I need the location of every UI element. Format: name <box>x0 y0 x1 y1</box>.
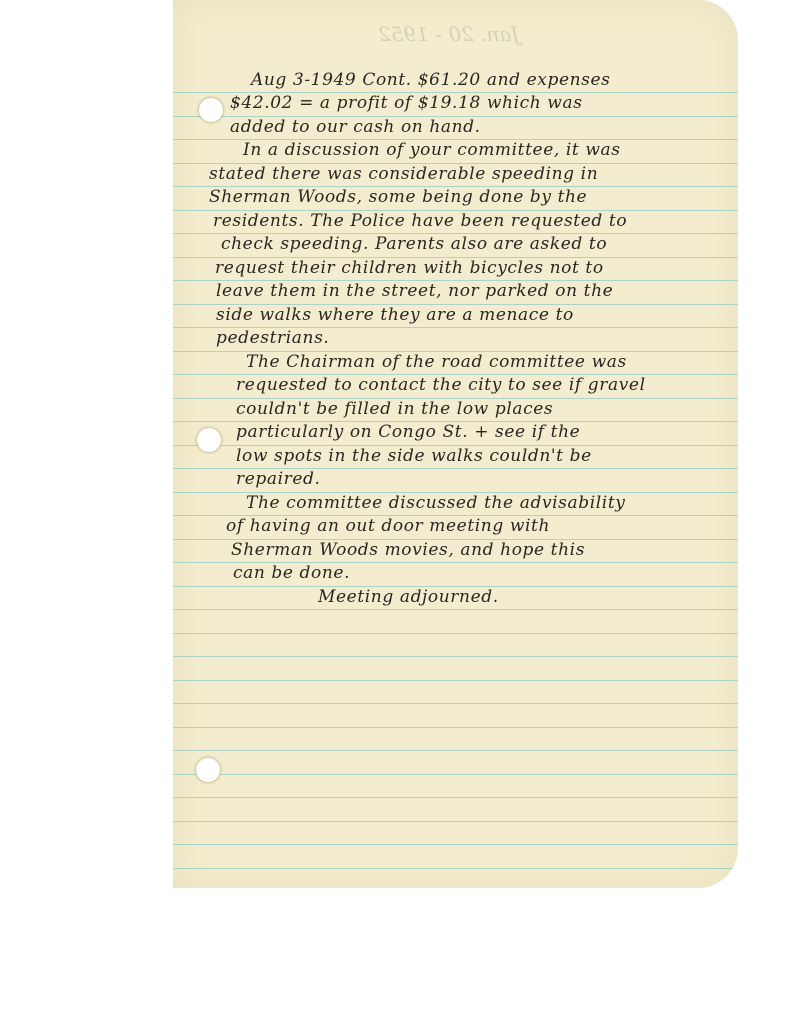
text-line: repaired. <box>236 469 321 489</box>
text-line: requested to contact the city to see if … <box>236 375 646 395</box>
text-line: The Chairman of the road committee was <box>246 352 627 372</box>
text-line: Sherman Woods movies, and hope this <box>231 540 585 560</box>
ruled-line <box>173 821 738 822</box>
ruled-line <box>173 609 738 610</box>
text-line: request their children with bicycles not… <box>215 258 604 278</box>
text-line: check speeding. Parents also are asked t… <box>221 234 607 254</box>
ruled-line <box>173 727 738 728</box>
punch-hole-middle <box>197 428 221 452</box>
text-line: $42.02 = a profit of $19.18 which was <box>230 93 583 113</box>
text-line: particularly on Congo St. + see if the <box>236 422 580 442</box>
punch-hole-bottom <box>196 758 220 782</box>
text-line: can be done. <box>233 563 350 583</box>
punch-hole-top <box>199 98 223 122</box>
text-line: couldn't be filled in the low places <box>236 399 553 419</box>
text-line: In a discussion of your committee, it wa… <box>243 140 621 160</box>
text-line: of having an out door meeting with <box>226 516 550 536</box>
ruled-line <box>173 774 738 775</box>
text-line: Aug 3-1949 Cont. $61.20 and expenses <box>251 70 610 90</box>
ruled-line <box>173 844 738 845</box>
bleed-through-heading: Jan. 20 - 1952 <box>378 22 519 46</box>
text-line: residents. The Police have been requeste… <box>213 211 627 231</box>
ruled-line <box>173 868 738 869</box>
ruled-line <box>173 680 738 681</box>
notebook-page: Jan. 20 - 1952 Aug 3-1949 Cont. $61.20 a… <box>173 0 738 888</box>
ruled-line <box>173 703 738 704</box>
ruled-line <box>173 797 738 798</box>
text-line: added to our cash on hand. <box>230 117 481 137</box>
text-line: low spots in the side walks couldn't be <box>236 446 592 466</box>
text-line: Meeting adjourned. <box>318 587 499 607</box>
text-line: leave them in the street, nor parked on … <box>216 281 613 301</box>
text-line: Sherman Woods, some being done by the <box>209 187 587 207</box>
ruled-line <box>173 633 738 634</box>
text-line: pedestrians. <box>216 328 329 348</box>
text-line: side walks where they are a menace to <box>216 305 574 325</box>
text-line: stated there was considerable speeding i… <box>209 164 598 184</box>
ruled-line <box>173 656 738 657</box>
text-line: The committee discussed the advisability <box>246 493 625 513</box>
ruled-line <box>173 750 738 751</box>
